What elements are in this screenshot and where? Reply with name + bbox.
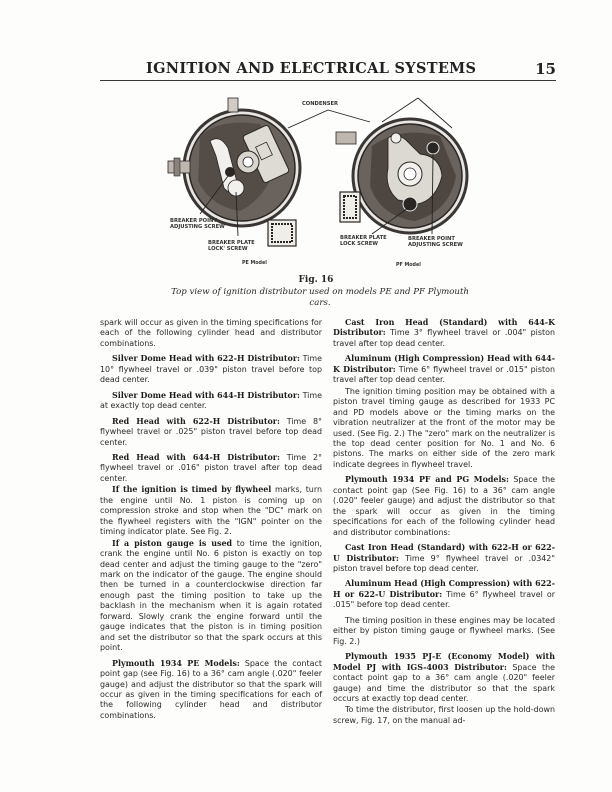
paragraph-text: spark will occur as given in the timing … xyxy=(100,318,322,348)
page-header: IGNITION AND ELECTRICAL SYSTEMS 15 xyxy=(100,58,556,81)
paragraph-text: Space the contact point gap (See Fig. 16… xyxy=(333,475,555,536)
paragraph-heading: Red Head with 644-H Distributor: xyxy=(112,453,280,462)
paragraph-text: to time the ignition, crank the engine u… xyxy=(100,539,322,653)
paragraph: Plymouth 1935 PJ-E (Economy Model) with … xyxy=(333,652,555,704)
label-pf-model: PF Model xyxy=(396,263,421,269)
paragraph: If a piston gauge is used to time the ig… xyxy=(100,539,322,654)
paragraph: If the ignition is timed by flywheel mar… xyxy=(100,485,322,537)
label-pe-breaker-plate-screw: BREAKER PLATE LOCK' SCREW xyxy=(208,240,255,252)
paragraph: Red Head with 644-H Distributor: Time 2°… xyxy=(100,453,322,484)
paragraph-heading: Plymouth 1934 PF and PG Models: xyxy=(345,475,509,484)
paragraph: The ignition timing position may be obta… xyxy=(333,387,555,471)
paragraph: Red Head with 622-H Distributor: Time 8°… xyxy=(100,417,322,448)
paragraph: Cast Iron Head (Standard) with 622-H or … xyxy=(333,543,555,574)
pf-distributor-illustration xyxy=(336,119,467,234)
paragraph-heading: If the ignition is timed by flywheel xyxy=(112,485,271,494)
paragraph-heading: Silver Dome Head with 622-H Distributor: xyxy=(112,354,300,363)
figure-caption: Top view of ignition distributor used on… xyxy=(170,287,470,308)
paragraph: To time the distributor, first loosen up… xyxy=(333,705,555,726)
paragraph: Aluminum Head (High Compression) with 62… xyxy=(333,579,555,610)
paragraph-text: The timing position in these engines may… xyxy=(333,616,555,646)
left-column: spark will occur as given in the timing … xyxy=(100,318,322,726)
page-number: 15 xyxy=(535,60,556,78)
paragraph: The timing position in these engines may… xyxy=(333,616,555,647)
distributor-diagram xyxy=(160,96,470,276)
paragraph: Silver Dome Head with 622-H Distributor:… xyxy=(100,354,322,385)
paragraph-heading: If a piston gauge is used xyxy=(112,539,232,548)
right-column: Cast Iron Head (Standard) with 644-K Dis… xyxy=(333,318,555,731)
paragraph: Plymouth 1934 PE Models: Space the conta… xyxy=(100,659,322,722)
figure-number: Fig. 16 xyxy=(0,275,612,285)
paragraph-heading: Silver Dome Head with 644-H Distributor: xyxy=(112,391,300,400)
distributor-figure: CONDENSER BREAKER POINT ADJUSTING SCREW … xyxy=(160,96,470,276)
label-pf-breaker-plate-screw: BREAKER PLATE LOCK SCREW xyxy=(340,235,387,247)
paragraph: Silver Dome Head with 644-H Distributor:… xyxy=(100,391,322,412)
paragraph-heading: Red Head with 622-H Distributor: xyxy=(112,417,280,426)
paragraph: Cast Iron Head (Standard) with 644-K Dis… xyxy=(333,318,555,349)
label-pe-model: PE Model xyxy=(242,261,267,267)
paragraph: Plymouth 1934 PF and PG Models: Space th… xyxy=(333,475,555,538)
label-pe-breaker-point-screw: BREAKER POINT ADJUSTING SCREW xyxy=(170,218,225,230)
paragraph-heading: Plymouth 1934 PE Models: xyxy=(112,659,240,668)
label-pf-breaker-point-screw: BREAKER POINT ADJUSTING SCREW xyxy=(408,236,463,248)
paragraph-text: To time the distributor, first loosen up… xyxy=(333,705,555,724)
page-title: IGNITION AND ELECTRICAL SYSTEMS xyxy=(146,60,476,77)
paragraph: Aluminum (High Compression) Head with 64… xyxy=(333,354,555,385)
label-condenser: CONDENSER xyxy=(302,101,338,107)
paragraph: spark will occur as given in the timing … xyxy=(100,318,322,349)
paragraph-text: The ignition timing position may be obta… xyxy=(333,387,555,469)
